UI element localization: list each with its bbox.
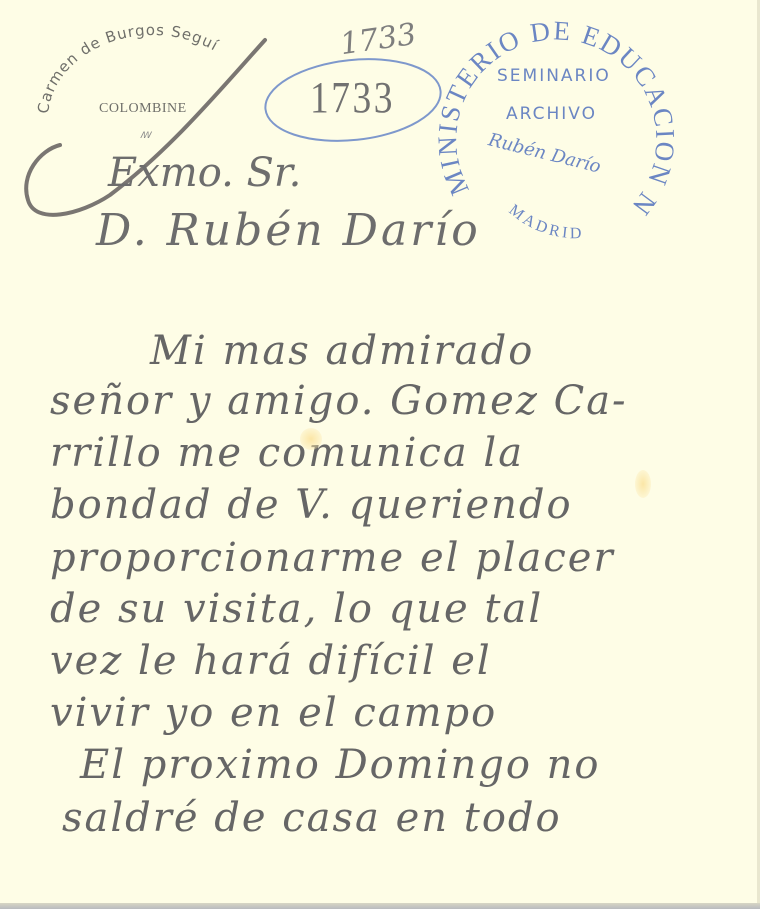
archive-number: 1733	[310, 72, 395, 123]
body-line: vez le hará difícil el	[50, 638, 492, 684]
letterhead-pseudonym: COLOMBINE	[99, 101, 187, 117]
seal-line-archivo: ARCHIVO	[506, 104, 597, 124]
page-bottom-edge	[0, 903, 760, 909]
archive-number-stamp: 1733	[262, 54, 444, 146]
body-line: de su visita, lo que tal	[50, 586, 543, 632]
seal-line-seminario: SEMINARIO	[497, 66, 611, 86]
body-line: rrillo me comunica la	[50, 430, 524, 476]
body-line: proporcionarme el placer	[50, 535, 615, 581]
paper-stain	[635, 470, 651, 498]
body-line: señor y amigo. Gomez Ca-	[50, 378, 628, 424]
body-line: vivir yo en el campo	[50, 690, 497, 736]
letterhead-ornament-icon: ꟿ	[140, 130, 151, 141]
body-line: El proximo Domingo no	[80, 742, 600, 788]
svg-text:MADRID: MADRID	[506, 201, 585, 242]
body-line: Mi mas admirado	[150, 328, 534, 374]
salutation-title: Exmo. Sr.	[108, 150, 301, 196]
salutation-name: D. Rubén Darío	[96, 205, 481, 256]
body-line: saldré de casa en todo	[62, 795, 562, 841]
paper-stain	[300, 428, 322, 450]
letter-page: Carmen de Burgos Seguí COLOMBINE ꟿ 1733 …	[0, 0, 757, 903]
body-line: bondad de V. queriendo	[50, 482, 573, 528]
